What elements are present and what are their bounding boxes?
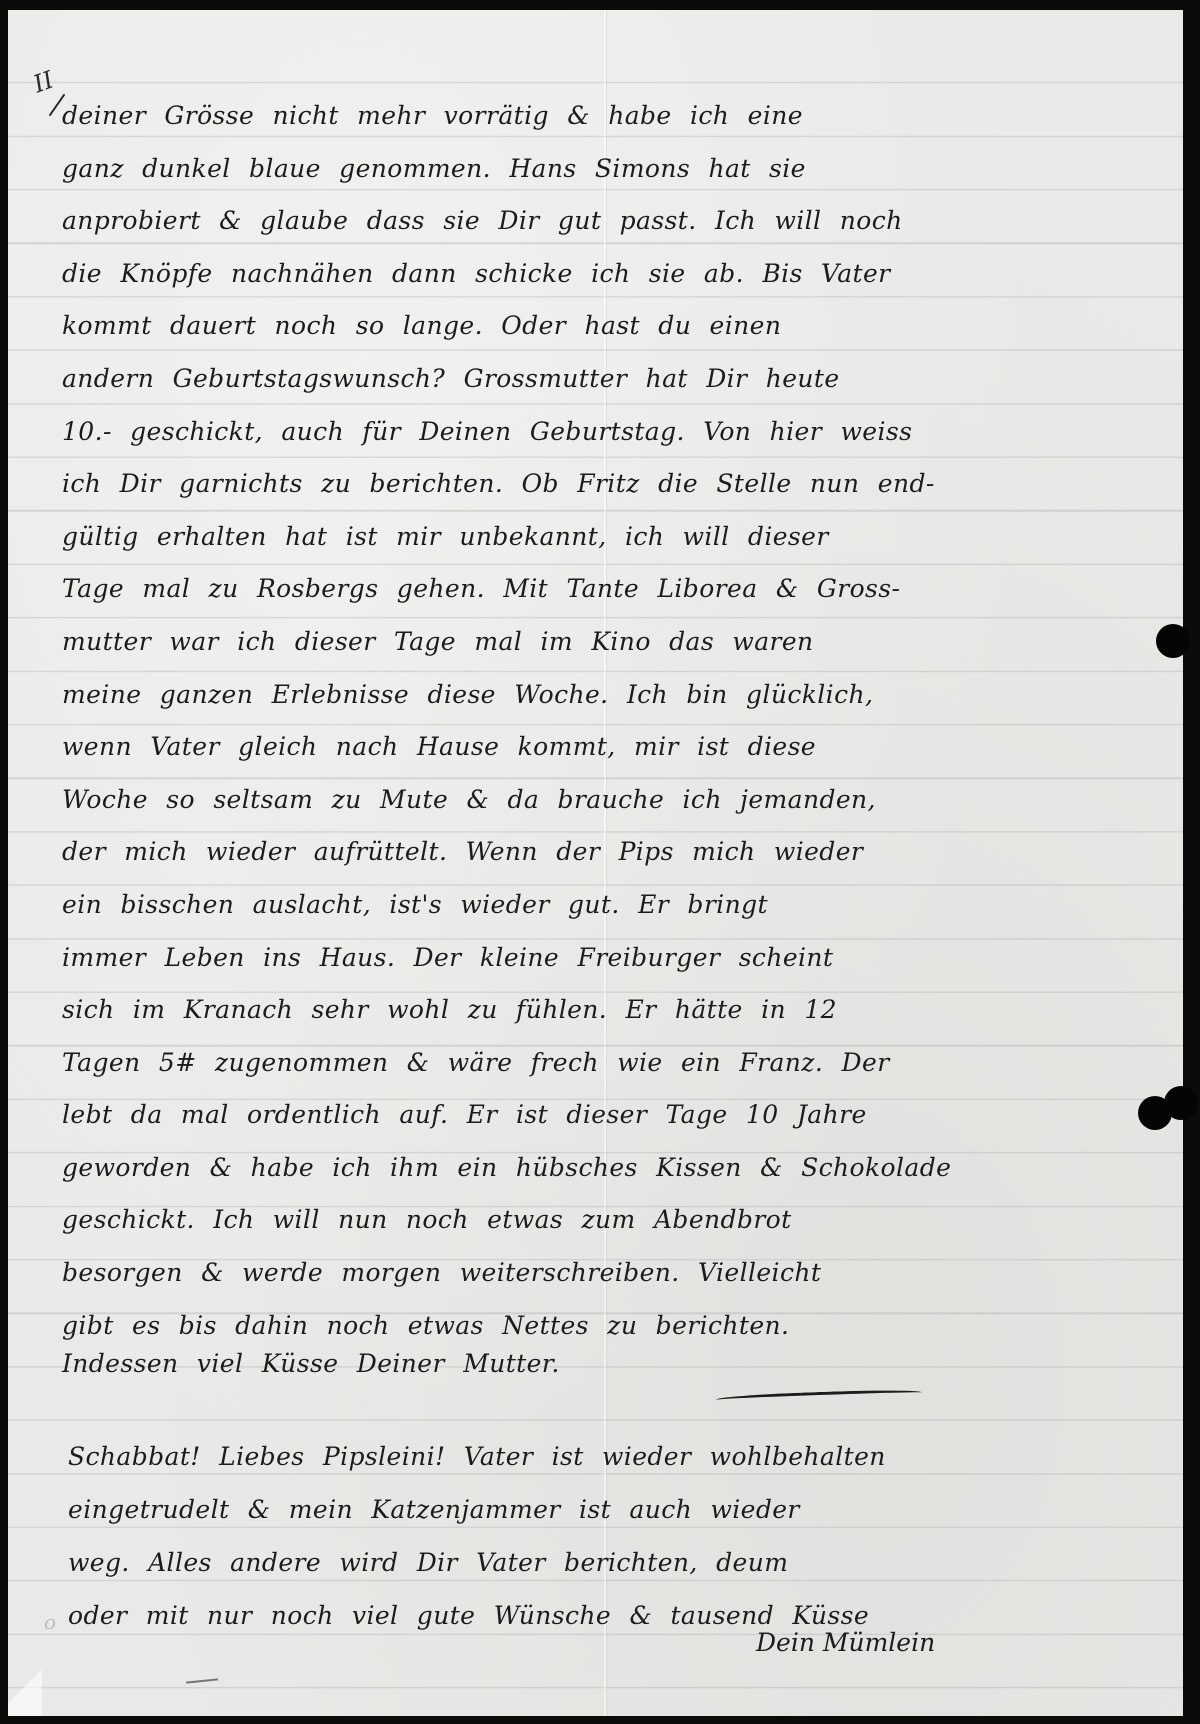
postscript-line: oder mit nur noch viel gute Wünsche & ta… xyxy=(68,1589,1148,1642)
letter-line: mutter war ich dieser Tage mal im Kino d… xyxy=(62,616,1142,669)
letter-line: ein bisschen auslacht, ist's wieder gut.… xyxy=(62,879,1142,932)
letter-line: der mich wieder aufrüttelt. Wenn der Pip… xyxy=(62,826,1142,879)
letter-line: andern Geburtstagswunsch? Grossmutter ha… xyxy=(62,353,1142,406)
letter-line: die Knöpfe nachnähen dann schicke ich si… xyxy=(62,248,1142,301)
letter-line: anprobiert & glaube dass sie Dir gut pas… xyxy=(62,195,1142,248)
letter-line: ganz dunkel blaue genommen. Hans Simons … xyxy=(62,143,1142,196)
letter-line: gültig erhalten hat ist mir unbekannt, i… xyxy=(62,511,1142,564)
letter-line: Woche so seltsam zu Mute & da brauche ic… xyxy=(62,774,1142,827)
margin-smudge: o xyxy=(44,1610,56,1634)
letter-line: kommt dauert noch so lange. Oder hast du… xyxy=(62,300,1142,353)
letter-line: wenn Vater gleich nach Hause kommt, mir … xyxy=(62,721,1142,774)
letter-line: ich Dir garnichts zu berichten. Ob Fritz… xyxy=(62,458,1142,511)
letter-line: sich im Kranach sehr wohl zu fühlen. Er … xyxy=(62,984,1142,1037)
corner-tear xyxy=(8,1656,42,1716)
letter-line: 10.- geschickt, auch für Deinen Geburtst… xyxy=(62,406,1142,459)
letter-line: deiner Grösse nicht mehr vorrätig & habe… xyxy=(62,90,1142,143)
letter-line: meine ganzen Erlebnisse diese Woche. Ich… xyxy=(62,669,1142,722)
letter-line: besorgen & werde morgen weiterschreiben.… xyxy=(62,1247,1142,1300)
postscript-line: Schabbat! Liebes Pipsleini! Vater ist wi… xyxy=(68,1430,1148,1483)
letter-line: immer Leben ins Haus. Der kleine Freibur… xyxy=(62,932,1142,985)
letter-line: Tagen 5# zugenommen & wäre frech wie ein… xyxy=(62,1037,1142,1090)
postscript: Schabbat! Liebes Pipsleini! Vater ist wi… xyxy=(68,1430,1148,1642)
postscript-signature: Dein Mümlein xyxy=(756,1628,935,1657)
letter-body: deiner Grösse nicht mehr vorrätig & habe… xyxy=(62,90,1142,1352)
letter-line: lebt da mal ordentlich auf. Er ist diese… xyxy=(62,1089,1142,1142)
letter-line: geworden & habe ich ihm ein hübsches Kis… xyxy=(62,1142,1142,1195)
letter-line: Tage mal zu Rosbergs gehen. Mit Tante Li… xyxy=(62,563,1142,616)
punch-hole xyxy=(1156,624,1190,658)
letter-closing: Indessen viel Küsse Deiner Mutter. xyxy=(62,1338,560,1391)
letter-line: geschickt. Ich will nun noch etwas zum A… xyxy=(62,1194,1142,1247)
postscript-line: eingetrudelt & mein Katzenjammer ist auc… xyxy=(68,1483,1148,1536)
postscript-line: weg. Alles andere wird Dir Vater bericht… xyxy=(68,1536,1148,1589)
punch-hole xyxy=(1164,1086,1198,1120)
